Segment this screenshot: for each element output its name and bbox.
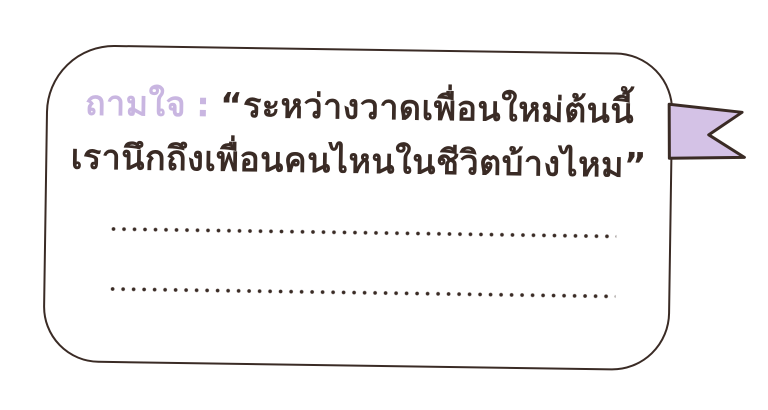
question-card-wrapper: ถามใจ:“ระหว่างวาดเพื่อนใหม่ต้นนี้ เรานึก… <box>42 44 674 371</box>
worksheet-page: { "card": { "prompt_label": "ถามใจ", "se… <box>0 0 768 410</box>
prompt-separator: : <box>196 85 211 125</box>
question-text: ถามใจ:“ระหว่างวาดเพื่อนใหม่ต้นนี้ เรานึก… <box>45 76 674 193</box>
bookmark-flag-icon <box>659 97 760 168</box>
question-line-2: เรานึกถึงเพื่อนคนไหนในชีวิตบ้างไหม” <box>45 130 673 193</box>
question-line-1: ถามใจ:“ระหว่างวาดเพื่อนใหม่ต้นนี้ <box>46 76 674 139</box>
prompt-label: ถามใจ <box>85 84 187 125</box>
question-quote-line-1: “ระหว่างวาดเพื่อนใหม่ต้นนี้ <box>220 86 635 132</box>
